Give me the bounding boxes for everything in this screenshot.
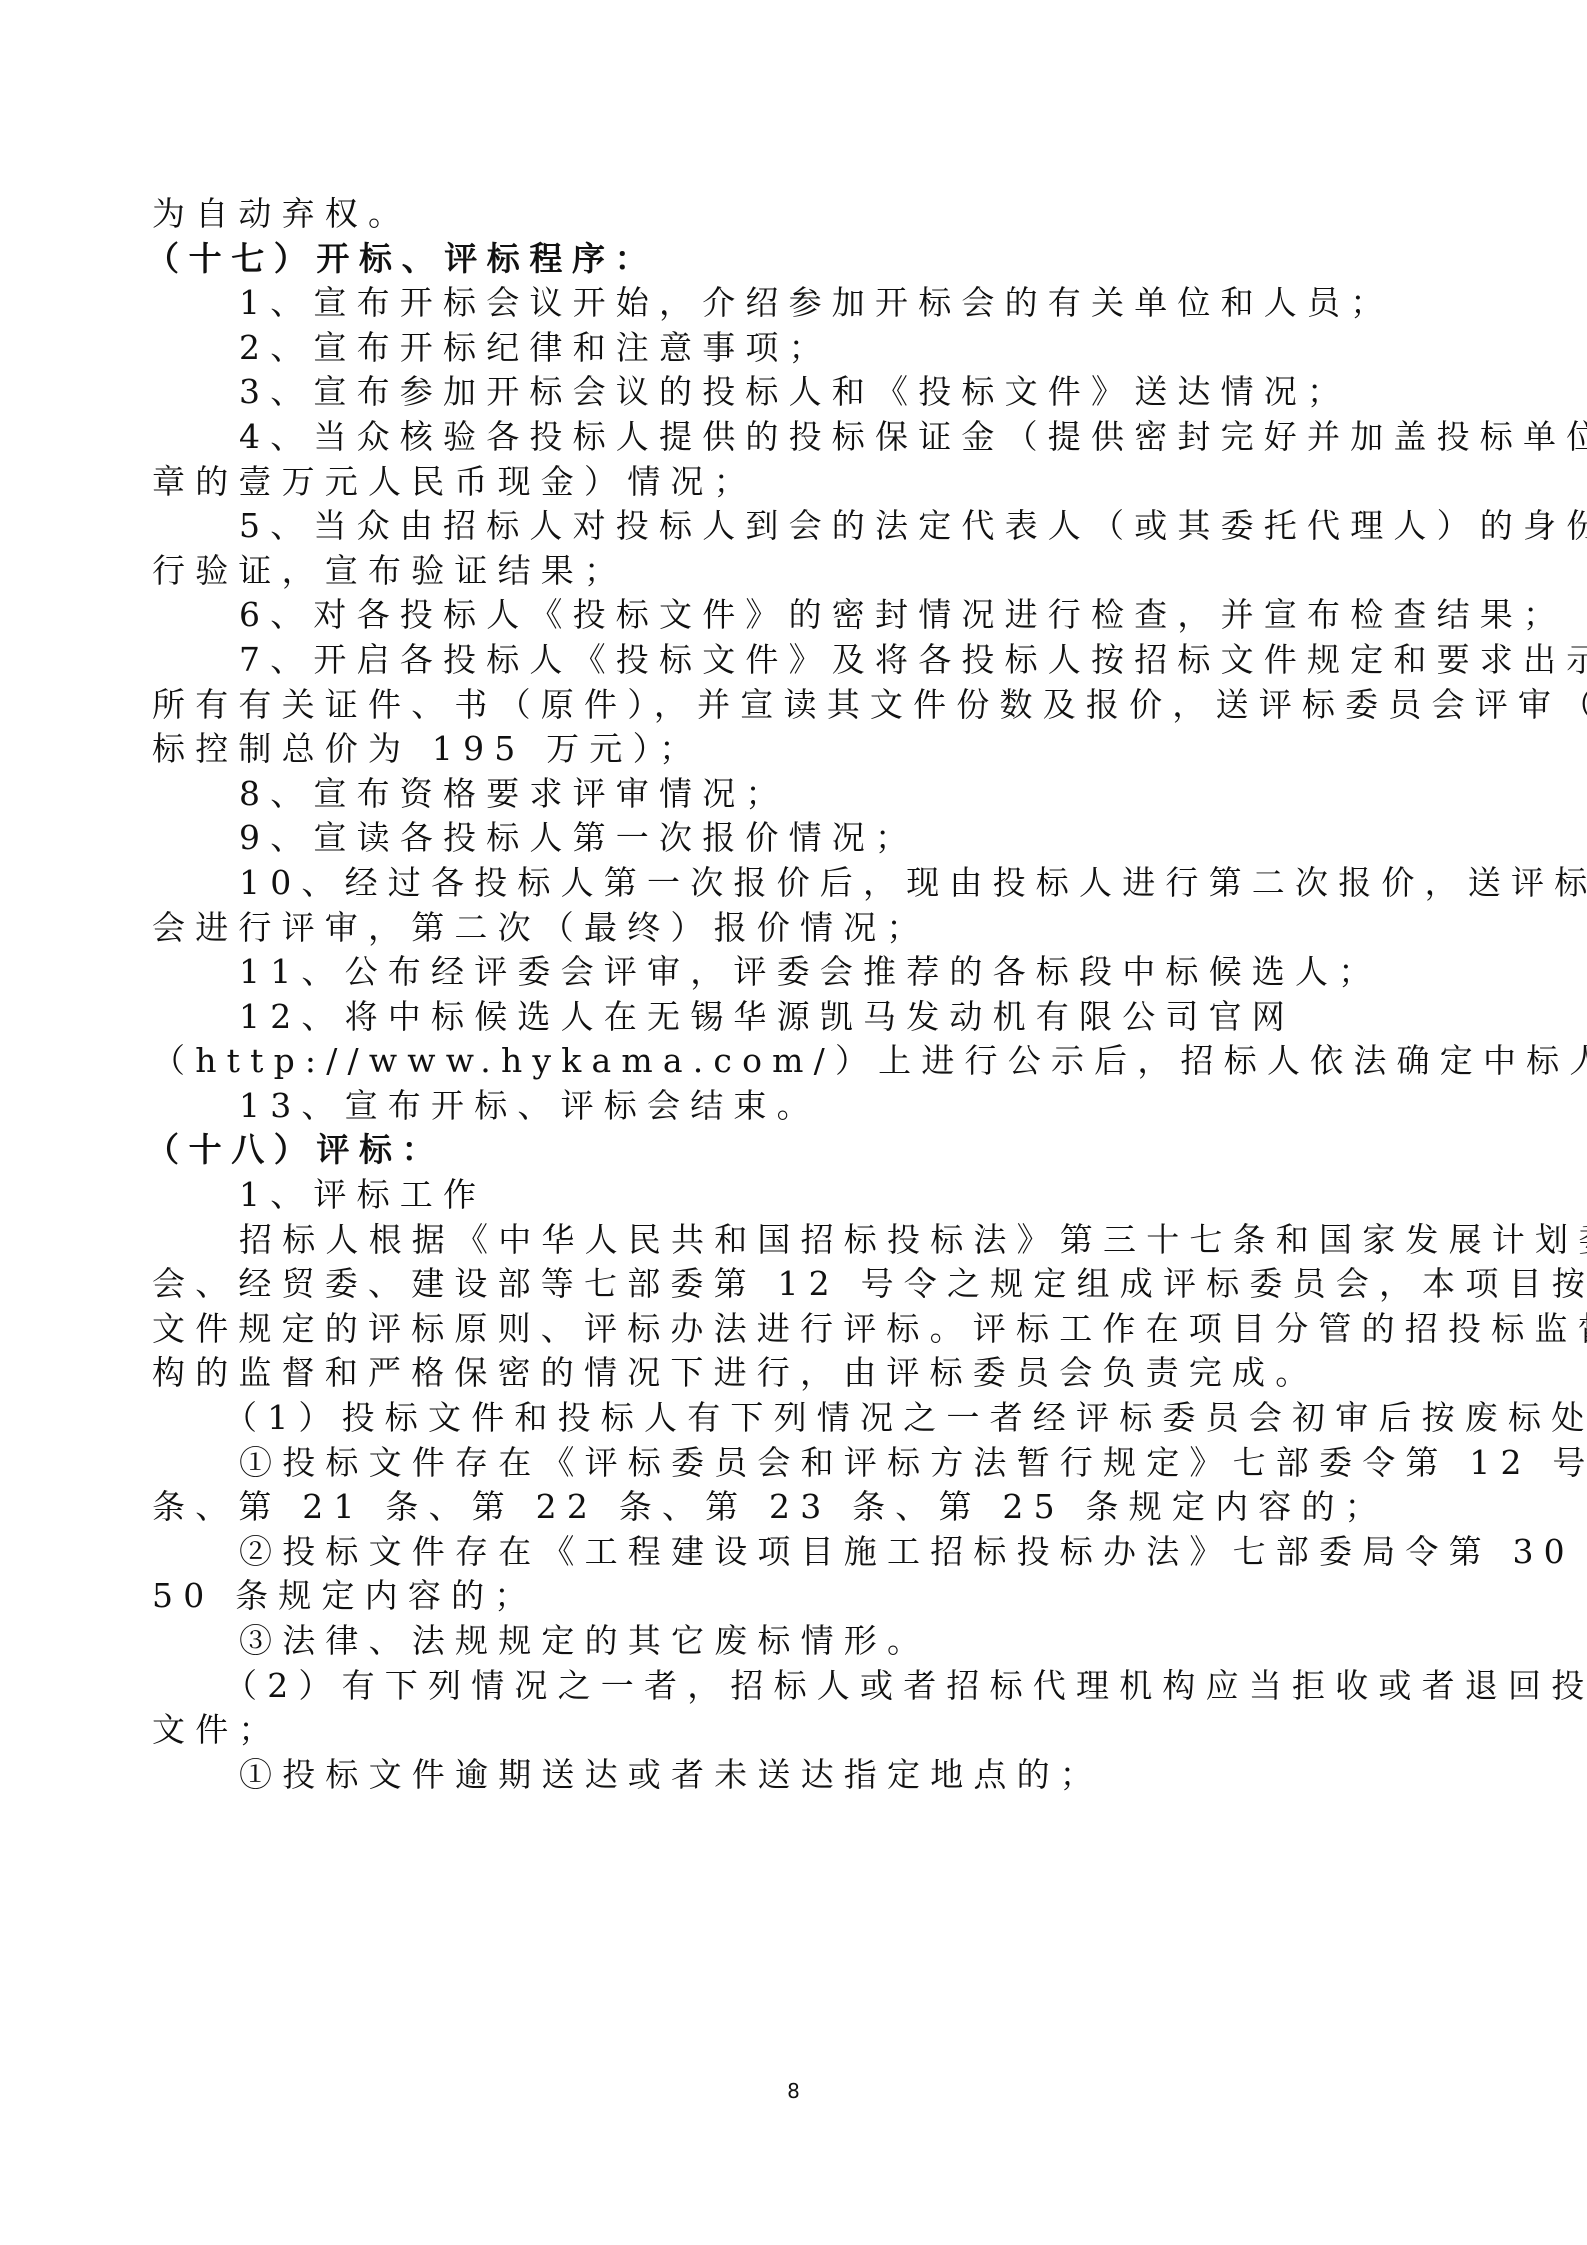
rejection-clause-2-cont: 文件； xyxy=(152,1708,1442,1753)
procedure-item-3: 3、宣布参加开标会议的投标人和《投标文件》送达情况； xyxy=(152,370,1442,415)
evaluation-paragraph-cont: 文件规定的评标原则、评标办法进行评标。评标工作在项目分管的招投标监督机 xyxy=(152,1307,1442,1352)
procedure-item-11: 11、公布经评委会评审，评委会推荐的各标段中标候选人； xyxy=(152,950,1442,995)
procedure-item-5-cont: 行验证，宣布验证结果； xyxy=(152,549,1442,594)
section-heading-17: （十七）开标、评标程序： xyxy=(146,237,1442,282)
rejection-clause-2: （2）有下列情况之一者，招标人或者招标代理机构应当拒收或者退回投标 xyxy=(152,1664,1442,1709)
invalid-bid-item-1-cont: 条、第 21 条、第 22 条、第 23 条、第 25 条规定内容的； xyxy=(152,1485,1442,1530)
evaluation-subheading-1: 1、评标工作 xyxy=(152,1173,1442,1218)
procedure-item-9: 9、宣读各投标人第一次报价情况； xyxy=(152,816,1442,861)
procedure-item-1: 1、宣布开标会议开始，介绍参加开标会的有关单位和人员； xyxy=(152,281,1442,326)
invalid-bid-item-1: ①投标文件存在《评标委员会和评标方法暂行规定》七部委令第 12 号第 20 xyxy=(152,1441,1442,1486)
page-number: 8 xyxy=(0,2079,1587,2103)
procedure-item-5: 5、当众由招标人对投标人到会的法定代表人（或其委托代理人）的身份进 xyxy=(152,504,1442,549)
invalid-bid-clause-1: （1）投标文件和投标人有下列情况之一者经评标委员会初审后按废标处理： xyxy=(152,1396,1442,1441)
rejection-item-1: ①投标文件逾期送达或者未送达指定地点的； xyxy=(152,1753,1442,1798)
procedure-item-12-url-line: （http://www.hykama.com/）上进行公示后，招标人依法确定中标… xyxy=(152,1039,1442,1084)
procedure-item-12: 12、将中标候选人在无锡华源凯马发动机有限公司官网 xyxy=(152,995,1442,1040)
text-line: 为自动弃权。 xyxy=(152,192,1442,237)
section-heading-18: （十八）评标： xyxy=(146,1128,1442,1173)
procedure-item-8: 8、宣布资格要求评审情况； xyxy=(152,772,1442,817)
invalid-bid-item-2: ②投标文件存在《工程建设项目施工招标投标办法》七部委局令第 30 号第 xyxy=(152,1530,1442,1575)
evaluation-paragraph-cont: 会、经贸委、建设部等七部委第 12 号令之规定组成评标委员会，本项目按招标 xyxy=(152,1262,1442,1307)
evaluation-paragraph: 招标人根据《中华人民共和国招标投标法》第三十七条和国家发展计划委员 xyxy=(152,1218,1442,1263)
procedure-item-10-cont: 会进行评审，第二次（最终）报价情况； xyxy=(152,906,1442,951)
procedure-item-10: 10、经过各投标人第一次报价后，现由投标人进行第二次报价，送评标委员 xyxy=(152,861,1442,906)
procedure-item-2: 2、宣布开标纪律和注意事项； xyxy=(152,326,1442,371)
invalid-bid-item-2-cont: 50 条规定内容的； xyxy=(152,1574,1442,1619)
procedure-item-4: 4、当众核验各投标人提供的投标保证金（提供密封完好并加盖投标单位公 xyxy=(152,415,1442,460)
procedure-item-6: 6、对各投标人《投标文件》的密封情况进行检查，并宣布检查结果； xyxy=(152,593,1442,638)
procedure-item-13: 13、宣布开标、评标会结束。 xyxy=(152,1084,1442,1129)
procedure-item-7: 7、开启各投标人《投标文件》及将各投标人按招标文件规定和要求出示的 xyxy=(152,638,1442,683)
procedure-item-4-cont: 章的壹万元人民币现金）情况； xyxy=(152,460,1442,505)
evaluation-paragraph-cont: 构的监督和严格保密的情况下进行，由评标委员会负责完成。 xyxy=(152,1351,1442,1396)
procedure-item-7-cont: 标控制总价为 195 万元）； xyxy=(152,727,1442,772)
invalid-bid-item-3: ③法律、法规规定的其它废标情形。 xyxy=(152,1619,1442,1664)
document-page-body: 为自动弃权。 （十七）开标、评标程序： 1、宣布开标会议开始，介绍参加开标会的有… xyxy=(152,192,1442,1797)
procedure-item-7-cont: 所有有关证件、书（原件），并宣读其文件份数及报价，送评标委员会评审（招 xyxy=(152,683,1442,728)
